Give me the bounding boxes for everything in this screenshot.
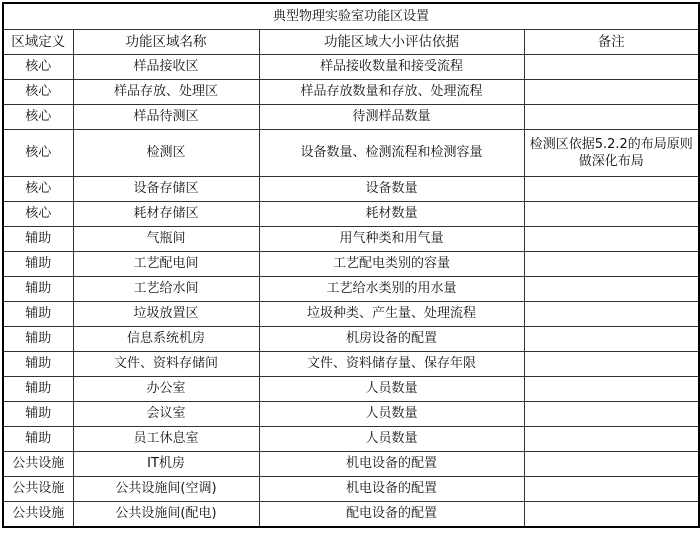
cell-category: 核心 <box>3 177 73 202</box>
cell-name: 气瓶间 <box>73 227 259 252</box>
cell-basis: 文件、资料储存量、保存年限 <box>259 352 524 377</box>
header-basis: 功能区域大小评估依据 <box>259 30 524 55</box>
table-row: 辅助 工艺配电间 工艺配电类别的容量 <box>3 252 699 277</box>
cell-basis: 设备数量、检测流程和检测容量 <box>259 130 524 177</box>
table-row: 辅助 工艺给水间 工艺给水类别的用水量 <box>3 277 699 302</box>
cell-note <box>524 327 699 352</box>
cell-basis: 待测样品数量 <box>259 105 524 130</box>
table-row: 辅助 垃圾放置区 垃圾种类、产生量、处理流程 <box>3 302 699 327</box>
cell-name: 耗材存储区 <box>73 202 259 227</box>
cell-name: 样品存放、处理区 <box>73 80 259 105</box>
cell-name: IT机房 <box>73 452 259 477</box>
cell-note <box>524 227 699 252</box>
table-row: 辅助 气瓶间 用气种类和用气量 <box>3 227 699 252</box>
cell-note <box>524 80 699 105</box>
cell-name: 会议室 <box>73 402 259 427</box>
table-row: 辅助 会议室 人员数量 <box>3 402 699 427</box>
cell-category: 辅助 <box>3 402 73 427</box>
table-row: 核心 样品接收区 样品接收数量和接受流程 <box>3 55 699 80</box>
cell-name: 公共设施间(空调) <box>73 477 259 502</box>
cell-category: 辅助 <box>3 227 73 252</box>
cell-category: 辅助 <box>3 252 73 277</box>
header-note: 备注 <box>524 30 699 55</box>
cell-basis: 耗材数量 <box>259 202 524 227</box>
table-row: 核心 设备存储区 设备数量 <box>3 177 699 202</box>
cell-note <box>524 55 699 80</box>
cell-basis: 样品接收数量和接受流程 <box>259 55 524 80</box>
cell-name: 办公室 <box>73 377 259 402</box>
table-row: 公共设施 公共设施间(空调) 机电设备的配置 <box>3 477 699 502</box>
cell-name: 样品接收区 <box>73 55 259 80</box>
cell-note <box>524 502 699 528</box>
cell-category: 公共设施 <box>3 502 73 528</box>
cell-note <box>524 352 699 377</box>
cell-category: 辅助 <box>3 377 73 402</box>
table-row: 辅助 信息系统机房 机房设备的配置 <box>3 327 699 352</box>
table-row: 公共设施 IT机房 机电设备的配置 <box>3 452 699 477</box>
cell-note <box>524 377 699 402</box>
cell-basis: 人员数量 <box>259 377 524 402</box>
table-row: 核心 样品待测区 待测样品数量 <box>3 105 699 130</box>
cell-basis: 垃圾种类、产生量、处理流程 <box>259 302 524 327</box>
cell-category: 辅助 <box>3 277 73 302</box>
cell-note <box>524 427 699 452</box>
cell-basis: 配电设备的配置 <box>259 502 524 528</box>
table-row: 核心 样品存放、处理区 样品存放数量和存放、处理流程 <box>3 80 699 105</box>
cell-name: 样品待测区 <box>73 105 259 130</box>
cell-name: 工艺配电间 <box>73 252 259 277</box>
cell-basis: 用气种类和用气量 <box>259 227 524 252</box>
table-row: 辅助 员工休息室 人员数量 <box>3 427 699 452</box>
cell-category: 核心 <box>3 202 73 227</box>
table-row: 辅助 办公室 人员数量 <box>3 377 699 402</box>
cell-name: 工艺给水间 <box>73 277 259 302</box>
cell-category: 核心 <box>3 55 73 80</box>
cell-category: 核心 <box>3 80 73 105</box>
cell-basis: 人员数量 <box>259 427 524 452</box>
lab-function-area-table: 典型物理实验室功能区设置 区域定义 功能区域名称 功能区域大小评估依据 备注 核… <box>2 2 700 528</box>
cell-category: 辅助 <box>3 427 73 452</box>
document-page: 典型物理实验室功能区设置 区域定义 功能区域名称 功能区域大小评估依据 备注 核… <box>2 2 698 532</box>
cell-basis: 工艺给水类别的用水量 <box>259 277 524 302</box>
cell-category: 公共设施 <box>3 452 73 477</box>
header-category: 区域定义 <box>3 30 73 55</box>
cell-basis: 机电设备的配置 <box>259 452 524 477</box>
cell-name: 公共设施间(配电) <box>73 502 259 528</box>
table-title: 典型物理实验室功能区设置 <box>3 3 699 30</box>
cell-note <box>524 452 699 477</box>
header-name: 功能区域名称 <box>73 30 259 55</box>
cell-name: 文件、资料存储间 <box>73 352 259 377</box>
cell-category: 公共设施 <box>3 477 73 502</box>
cell-note <box>524 402 699 427</box>
cell-name: 信息系统机房 <box>73 327 259 352</box>
cell-note: 检测区依据5.2.2的布局原则做深化布局 <box>524 130 699 177</box>
cell-category: 核心 <box>3 105 73 130</box>
cell-name: 垃圾放置区 <box>73 302 259 327</box>
cell-basis: 机房设备的配置 <box>259 327 524 352</box>
table-row: 公共设施 公共设施间(配电) 配电设备的配置 <box>3 502 699 528</box>
cell-basis: 工艺配电类别的容量 <box>259 252 524 277</box>
cell-note <box>524 477 699 502</box>
cell-category: 辅助 <box>3 327 73 352</box>
cell-note <box>524 277 699 302</box>
cell-basis: 样品存放数量和存放、处理流程 <box>259 80 524 105</box>
cell-category: 辅助 <box>3 302 73 327</box>
cell-basis: 设备数量 <box>259 177 524 202</box>
cell-basis: 人员数量 <box>259 402 524 427</box>
table-row: 核心 检测区 设备数量、检测流程和检测容量 检测区依据5.2.2的布局原则做深化… <box>3 130 699 177</box>
table-row: 核心 耗材存储区 耗材数量 <box>3 202 699 227</box>
cell-note <box>524 202 699 227</box>
title-row: 典型物理实验室功能区设置 <box>3 3 699 30</box>
cell-note <box>524 302 699 327</box>
cell-name: 设备存储区 <box>73 177 259 202</box>
header-row: 区域定义 功能区域名称 功能区域大小评估依据 备注 <box>3 30 699 55</box>
cell-note <box>524 177 699 202</box>
cell-note <box>524 252 699 277</box>
cell-name: 员工休息室 <box>73 427 259 452</box>
cell-category: 辅助 <box>3 352 73 377</box>
cell-note <box>524 105 699 130</box>
table-row: 辅助 文件、资料存储间 文件、资料储存量、保存年限 <box>3 352 699 377</box>
cell-basis: 机电设备的配置 <box>259 477 524 502</box>
cell-name: 检测区 <box>73 130 259 177</box>
cell-category: 核心 <box>3 130 73 177</box>
table-title-text: 典型物理实验室功能区设置 <box>273 9 429 25</box>
